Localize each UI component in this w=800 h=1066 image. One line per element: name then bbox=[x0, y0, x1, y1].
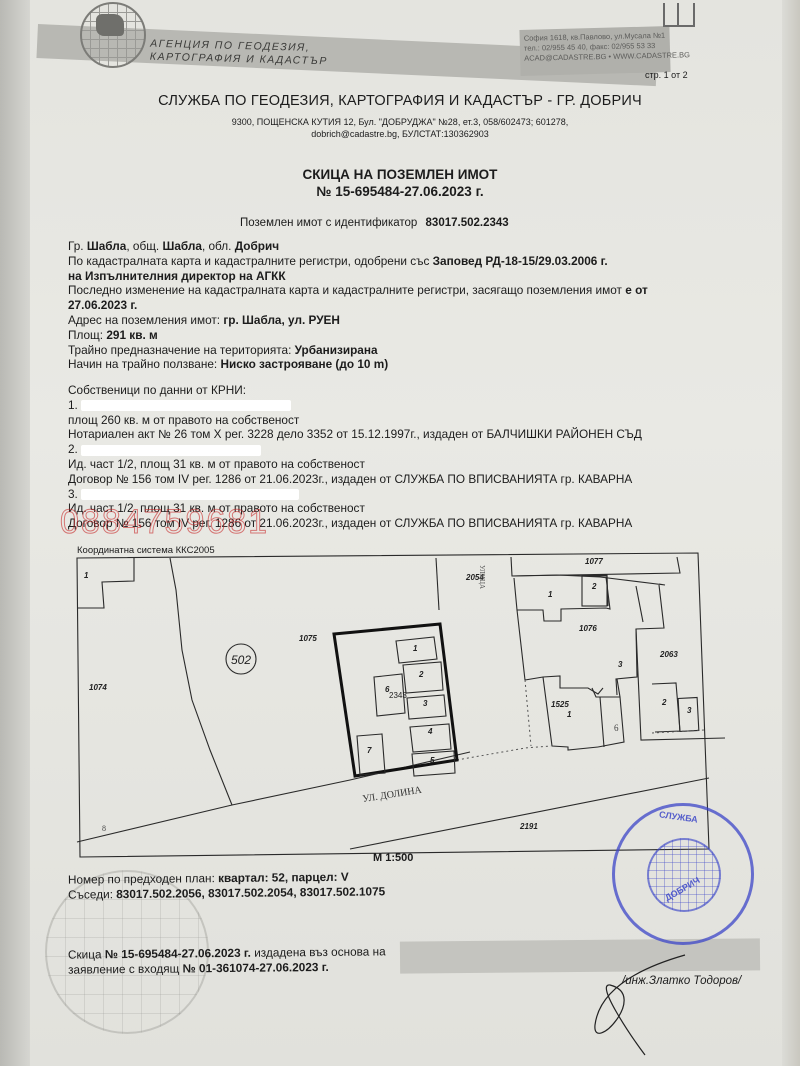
map-label-1075: 1075 bbox=[299, 634, 317, 643]
map-label-1074: 1074 bbox=[89, 683, 107, 692]
stamp-globe-icon bbox=[647, 838, 721, 912]
map-label: 3 bbox=[423, 699, 428, 708]
signature-icon bbox=[590, 945, 700, 1065]
neighbors-label: Съседи: bbox=[68, 887, 113, 901]
map-label: 2 bbox=[418, 670, 424, 679]
map-label-2063: 2063 bbox=[659, 650, 678, 659]
map-label: 1 bbox=[567, 710, 572, 719]
map-label: 1 bbox=[548, 590, 553, 599]
signer-name: /инж.Златко Тодоров/ bbox=[622, 975, 741, 987]
map-label-1076: 1076 bbox=[579, 624, 597, 633]
previous-plan-value: квартал: 52, парцел: V bbox=[218, 870, 349, 885]
map-label-2343: 2343 bbox=[389, 691, 407, 700]
issued-prefix: Скица bbox=[68, 947, 102, 961]
map-label: 6 bbox=[614, 723, 619, 733]
map-label: 8 bbox=[102, 824, 106, 833]
map-label: 1 bbox=[413, 644, 418, 653]
previous-plan-label: Номер по предходен план: bbox=[68, 871, 215, 887]
map-label: 3 bbox=[687, 706, 692, 715]
block-number-502: 502 bbox=[231, 653, 251, 667]
application-number: № 01-361074-27.06.2023 г. bbox=[183, 960, 329, 976]
map-label: 2 bbox=[661, 698, 667, 707]
map-label: 4 bbox=[427, 727, 433, 736]
street-label-side: УЛИЦА bbox=[478, 565, 486, 589]
map-label: 7 bbox=[367, 746, 372, 755]
map-label-2191: 2191 bbox=[519, 822, 538, 831]
map-frame bbox=[77, 553, 709, 857]
issued-suffix: издадена въз основа на bbox=[254, 944, 386, 959]
stamp-text: СЛУЖБА bbox=[658, 809, 698, 824]
neighbors-value: 83017.502.2056, 83017.502.2054, 83017.50… bbox=[116, 884, 385, 901]
issuance-info: Скица № 15-695484-27.06.2023 г. издадена… bbox=[68, 944, 386, 977]
street-label-dolina: УЛ. ДОЛИНА bbox=[362, 785, 423, 805]
signature-band bbox=[400, 938, 760, 973]
map-label: 2 bbox=[591, 582, 597, 591]
subject-parcel-2343 bbox=[334, 624, 457, 776]
map-scale: М 1:500 bbox=[373, 852, 413, 864]
issued-number: № 15-695484-27.06.2023 г. bbox=[105, 946, 251, 962]
map-label-1525: 1525 bbox=[551, 700, 569, 709]
map-label: 5 bbox=[430, 756, 435, 765]
map-label-1077: 1077 bbox=[585, 557, 603, 566]
footer-info: Номер по предходен план: квартал: 52, па… bbox=[68, 869, 385, 902]
application-prefix: заявление с входящ bbox=[68, 961, 179, 976]
map-label: 1 bbox=[84, 571, 89, 580]
official-stamp: СЛУЖБА ДОБРИЧ bbox=[612, 803, 754, 945]
map-label: 3 bbox=[618, 660, 623, 669]
